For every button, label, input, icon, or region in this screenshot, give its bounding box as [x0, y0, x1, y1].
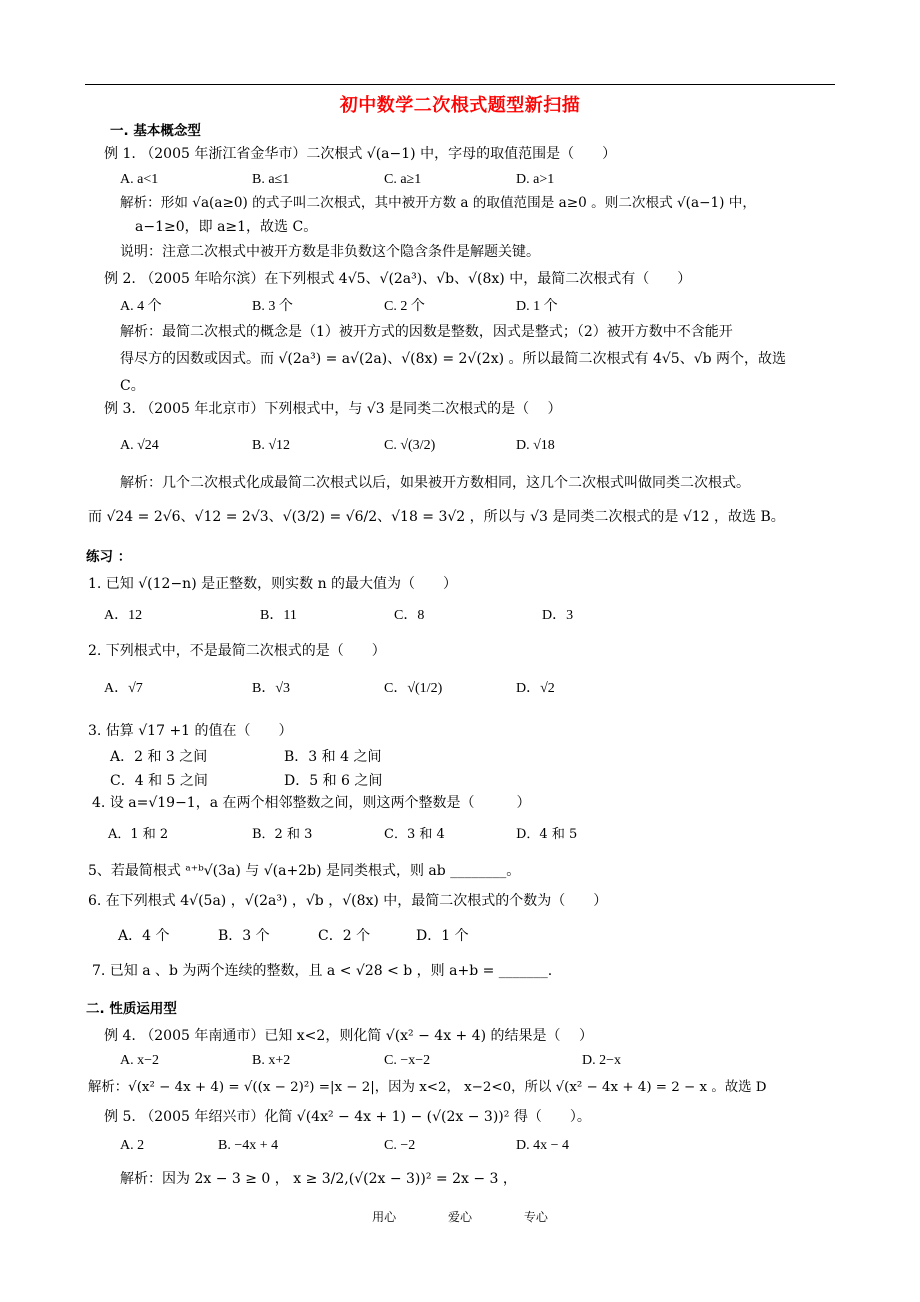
page-title: 初中数学二次根式题型新扫描	[0, 91, 920, 117]
example-2-question: 例 2. （2005 年哈尔滨）在下列根式 4√5、√(2a³)、√b、√(8x…	[104, 270, 691, 288]
footer-text-1: 用心	[372, 1210, 396, 1224]
example-1-question: 例 1. （2005 年浙江省金华市）二次根式 √(a−1) 中，字母的取值范围…	[104, 145, 616, 163]
example-5-option-d: D. 4x − 4	[516, 1137, 569, 1155]
example-2-option-d: D. 1 个	[516, 298, 558, 316]
example-3-option-b: B. √12	[252, 437, 290, 455]
example-5-question: 例 5. （2005 年绍兴市）化简 √(4x² − 4x + 1) − (√(…	[104, 1108, 591, 1126]
example-2-analysis-end: C。	[120, 377, 145, 395]
practice-2-option-a: A．√7	[104, 680, 143, 698]
section-heading-properties: 二. 性质运用型	[86, 1000, 177, 1018]
footer-text-3: 专心	[524, 1210, 548, 1224]
example-3-question: 例 3. （2005 年北京市）下列根式中，与 √3 是同类二次根式的是（ ）	[104, 400, 562, 418]
practice-1-option-b: B．11	[260, 607, 297, 625]
example-1-option-b: B. a≤1	[252, 171, 289, 189]
example-4-option-c: C. −x−2	[384, 1052, 430, 1070]
practice-6-option-d: D．1 个	[416, 927, 469, 945]
example-4-option-b: B. x+2	[252, 1052, 290, 1070]
example-2-option-a: A. 4 个	[120, 298, 162, 316]
example-5-analysis: 解析：因为 2x − 3 ≥ 0 ， x ≥ 3/2,(√(2x − 3))² …	[120, 1170, 517, 1188]
example-1-analysis-cont: a−1≥0，即 a≥1，故选 C。	[135, 218, 317, 236]
example-3-analysis-cont: 而 √24 = 2√6、√12 = 2√3、√(3/2) = √6/2、√18 …	[88, 508, 785, 526]
page-footer: 用心 爱心 专心	[0, 1208, 920, 1225]
section-heading-basic-concepts: 一. 基本概念型	[110, 122, 201, 140]
example-3-option-a: A. √24	[120, 437, 159, 455]
header-rule	[85, 84, 835, 85]
example-5-option-b: B. −4x + 4	[218, 1137, 278, 1155]
practice-4-question: 4. 设 a=√19−1，a 在两个相邻整数之间，则这两个整数是（ ）	[92, 794, 531, 812]
example-1-note: 说明：注意二次根式中被开方数是非负数这个隐含条件是解题关键。	[120, 243, 540, 261]
section-heading-practice: 练习 ：	[86, 548, 131, 566]
practice-4-option-d: D．4 和 5	[516, 826, 577, 844]
example-2-option-c: C. 2 个	[384, 298, 425, 316]
example-1-option-c: C. a≥1	[384, 171, 421, 189]
practice-4-option-a: A．1 和 2	[108, 826, 168, 844]
practice-6-option-c: C．2 个	[318, 927, 370, 945]
example-1-option-a: A. a<1	[120, 171, 158, 189]
example-4-option-a: A. x−2	[120, 1052, 159, 1070]
practice-1-option-d: D．3	[542, 607, 573, 625]
practice-2-question: 2. 下列根式中，不是最简二次根式的是（ ）	[88, 642, 386, 660]
practice-7-question: 7. 已知 a 、b 为两个连续的整数，且 a < √28 < b ，则 a+b…	[92, 962, 552, 980]
practice-3-option-b: B．3 和 4 之间	[284, 748, 381, 766]
example-4-option-d: D. 2−x	[582, 1052, 621, 1070]
practice-3-option-c: C．4 和 5 之间	[110, 772, 208, 790]
example-2-analysis-cont: 得尽方的因数或因式。而 √(2a³) = a√(2a)、√(8x) = 2√(2…	[120, 350, 786, 368]
example-4-question: 例 4. （2005 年南通市）已知 x<2，则化简 √(x² − 4x + 4…	[104, 1027, 593, 1045]
example-1-option-d: D. a>1	[516, 171, 554, 189]
example-2-option-b: B. 3 个	[252, 298, 293, 316]
example-4-analysis: 解析：√(x² − 4x + 4) = √((x − 2)²) =|x − 2|…	[88, 1079, 767, 1097]
example-1-analysis: 解析：形如 √a(a≥0) 的式子叫二次根式，其中被开方数 a 的取值范围是 a…	[120, 194, 756, 212]
practice-4-option-c: C．3 和 4	[384, 826, 445, 844]
practice-5-question: 5、若最简根式 ᵃ⁺ᵇ√(3a) 与 √(a+2b) 是同类根式，则 ab __…	[88, 862, 520, 880]
footer-text-2: 爱心	[448, 1210, 472, 1224]
example-3-analysis: 解析：几个二次根式化成最简二次根式以后，如果被开方数相同，这几个二次根式叫做同类…	[120, 474, 750, 492]
practice-1-option-a: A．12	[104, 607, 142, 625]
practice-2-option-d: D．√2	[516, 680, 555, 698]
practice-2-option-c: C．√(1/2)	[384, 680, 442, 698]
practice-3-option-d: D．5 和 6 之间	[284, 772, 382, 790]
example-3-option-d: D. √18	[516, 437, 555, 455]
practice-1-option-c: C．8	[394, 607, 424, 625]
example-3-option-c: C. √(3/2)	[384, 437, 435, 455]
example-5-option-a: A. 2	[120, 1137, 144, 1155]
example-5-option-c: C. −2	[384, 1137, 415, 1155]
practice-1-question: 1. 已知 √(12−n) 是正整数，则实数 n 的最大值为（ ）	[88, 575, 457, 593]
practice-6-option-a: A．4 个	[118, 927, 169, 945]
practice-4-option-b: B．2 和 3	[252, 826, 312, 844]
practice-6-option-b: B．3 个	[218, 927, 270, 945]
practice-2-option-b: B．√3	[252, 680, 290, 698]
practice-3-question: 3. 估算 √17 +1 的值在（ ）	[88, 722, 293, 740]
practice-3-option-a: A．2 和 3 之间	[110, 748, 207, 766]
practice-6-question: 6. 在下列根式 4√(5a) ，√(2a³) ，√b ，√(8x) 中，最简二…	[88, 892, 607, 910]
example-2-analysis: 解析：最简二次根式的概念是（1）被开方式的因数是整数，因式是整式；（2）被开方数…	[120, 323, 733, 341]
